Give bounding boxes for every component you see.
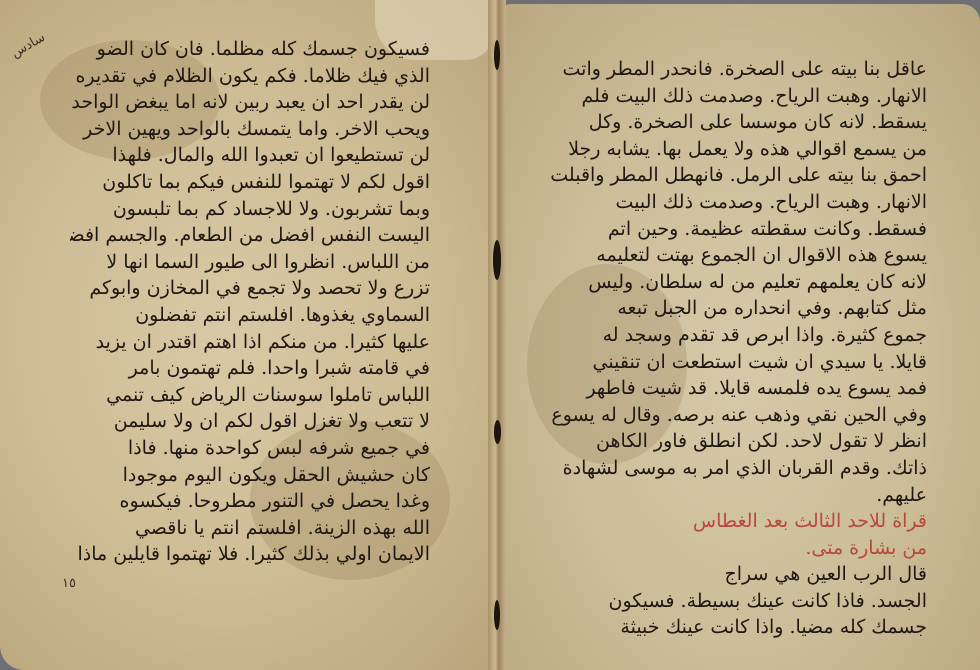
text-line: وغدا يحصل في التنور مطروحا. فيكسوه (70, 488, 430, 515)
text-line: قال الرب العين هي سراج (547, 561, 927, 588)
text-line: ذاتك. وقدم القربان الذي امر به موسى لشها… (547, 455, 927, 482)
text-line: انظر لا تقول لاحد. لكن انطلق فاور الكاهن (547, 428, 927, 455)
text-line: كان حشيش الحقل ويكون اليوم موجودا (70, 462, 430, 489)
text-line: ويحب الاخر. واما يتمسك بالواحد ويهين الا… (70, 116, 430, 143)
spine-tear (494, 40, 500, 70)
text-line: الانهار. وهبت الرياح. وصدمت ذلك البيت فل… (547, 83, 927, 110)
text-line: اللباس تاملوا سوسنات الرياض كيف تنمي (70, 382, 430, 409)
text-line: فمد يسوع يده فلمسه قايلا. قد شيت فاطهر (547, 375, 927, 402)
text-line: لن تستطيعوا ان تعبدوا الله والمال. فلهذا (70, 142, 430, 169)
right-page: عاقل بنا بيته على الصخرة. فانحدر المطر و… (497, 4, 980, 670)
text-line: فسقط. وكانت سقطته عظيمة. وحين اتم (547, 216, 927, 243)
text-line: قايلا. يا سيدي ان شيت استطعت ان تنقيني (547, 349, 927, 376)
text-line: تزرع ولا تحصد ولا تجمع في المخازن وابوكم (70, 275, 430, 302)
text-line: عاقل بنا بيته على الصخرة. فانحدر المطر و… (547, 56, 927, 83)
text-line: الجسد. فاذا كانت عينك بسيطة. فسيكون (547, 588, 927, 615)
folio-number: ١٥ (62, 576, 76, 591)
text-line: اقول لكم لا تهتموا للنفس فيكم بما تاكلون (70, 169, 430, 196)
spine-tear (494, 600, 500, 630)
text-line: الذي فيك ظلاما. فكم يكون الظلام في تقدير… (70, 63, 430, 90)
spine-tear (494, 420, 501, 444)
book-spine (488, 0, 506, 670)
text-line: مثل كتابهم. وفي انحداره من الجبل تبعه (547, 295, 927, 322)
text-line: الايمان اولي بذلك كثيرا. فلا تهتموا قايل… (70, 541, 430, 568)
margin-note: سادس (9, 30, 48, 61)
text-line: وبما تشربون. ولا للاجساد كم بما تلبسون (70, 196, 430, 223)
text-line: جموع كثيرة. واذا ابرص قد تقدم وسجد له (547, 322, 927, 349)
left-page: سادس ١٥ فسيكون جسمك كله مظلما. فان كان ا… (0, 0, 497, 670)
text-line: لانه كان يعلمهم تعليم من له سلطان. وليس (547, 269, 927, 296)
text-line: الله بهذه الزينة. افلستم انتم يا ناقصي (70, 515, 430, 542)
rubric-line: من بشارة متى. (547, 535, 927, 562)
text-line: فسيكون جسمك كله مظلما. فان كان الضو (70, 36, 430, 63)
right-page-text: عاقل بنا بيته على الصخرة. فانحدر المطر و… (547, 56, 927, 641)
text-line: لا تتعب ولا تغزل اقول لكم ان ولا سليمن (70, 408, 430, 435)
text-line: الانهار. وهبت الرياح. وصدمت ذلك البيت (547, 189, 927, 216)
text-line: السماوي يغذوها. افلستم انتم تفضلون (70, 302, 430, 329)
text-line: من يسمع اقوالي هذه ولا يعمل بها. يشابه ر… (547, 136, 927, 163)
text-line: في قامته شبرا واحدا. فلم تهتمون بامر (70, 355, 430, 382)
text-line: وفي الحين نقي وذهب عنه برصه. وقال له يسو… (547, 402, 927, 429)
text-line: جسمك كله مضيا. واذا كانت عينك خبيثة (547, 614, 927, 641)
rubric-line: قراة للاحد الثالث بعد الغطاس (547, 508, 927, 535)
text-line: يسقط. لانه كان موسسا على الصخرة. وكل (547, 109, 927, 136)
text-line: يسوع هذه الاقوال ان الجموع بهتت لتعليمه (547, 242, 927, 269)
text-line: من اللباس. انظروا الى طيور السما انها لا (70, 249, 430, 276)
text-line: عليها كثيرا. من منكم اذا اهتم اقتدر ان ي… (70, 329, 430, 356)
text-line: عليهم. (547, 482, 927, 509)
text-line: احمق بنا بيته على الرمل. فانهطل المطر وا… (547, 162, 927, 189)
text-line: اليست النفس افضل من الطعام. والجسم افضل (70, 222, 430, 249)
left-page-text: فسيكون جسمك كله مظلما. فان كان الضو الذي… (70, 36, 430, 568)
text-line: في جميع شرفه لبس كواحدة منها. فاذا (70, 435, 430, 462)
spine-tear (493, 240, 501, 280)
text-line: لن يقدر احد ان يعبد ربين لانه اما يبغض ا… (70, 89, 430, 116)
